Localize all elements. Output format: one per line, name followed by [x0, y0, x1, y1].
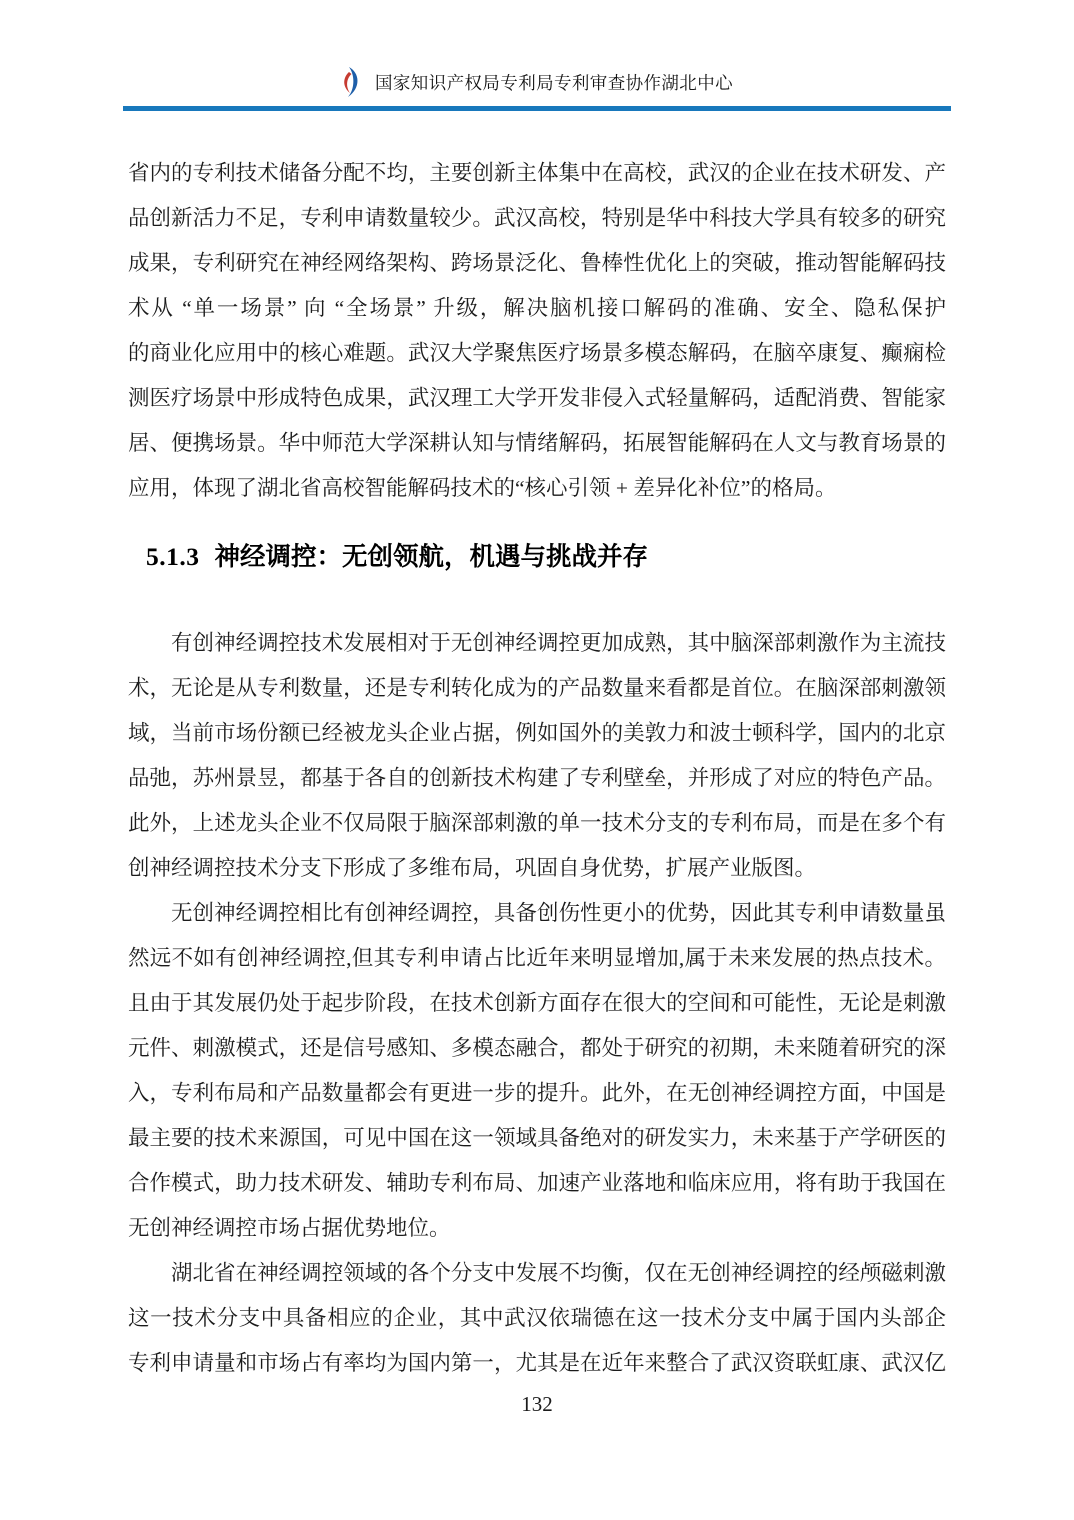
org-logo-icon: [341, 67, 363, 97]
text-line: 此外，上述龙头企业不仅局限于脑深部刺激的单一技术分支的专利布局，而是在多个有: [128, 801, 946, 846]
document-page: 国家知识产权局专利局专利审查协作湖北中心 省内的专利技术储备分配不均，主要创新主…: [0, 0, 1074, 1520]
header-rule: [123, 106, 951, 111]
page-footer: 132: [0, 1392, 1074, 1417]
section-title: 神经调控：无创领航，机遇与挑战并存: [215, 543, 649, 571]
text-line: 省内的专利技术储备分配不均，主要创新主体集中在高校，武汉的企业在技术研发、产: [128, 151, 946, 196]
text-line: 有创神经调控技术发展相对于无创神经调控更加成熟，其中脑深部刺激作为主流技: [128, 621, 946, 666]
text-line: 湖北省在神经调控领域的各个分支中发展不均衡，仅在无创神经调控的经颅磁刺激: [128, 1251, 946, 1296]
text-line: 居、便携场景。华中师范大学深耕认知与情绪解码，拓展智能解码在人文与教育场景的: [128, 421, 946, 466]
text-line: 专利申请量和市场占有率均为国内第一，尤其是在近年来整合了武汉资联虹康、武汉亿: [128, 1341, 946, 1386]
text-line: 测医疗场景中形成特色成果，武汉理工大学开发非侵入式轻量解码，适配消费、智能家: [128, 376, 946, 421]
text-line: 元件、刺激模式，还是信号感知、多模态融合，都处于研究的初期，未来随着研究的深: [128, 1026, 946, 1071]
text-line: 的商业化应用中的核心难题。武汉大学聚焦医疗场景多模态解码，在脑卒康复、癫痫检: [128, 331, 946, 376]
text-line: 且由于其发展仍处于起步阶段，在技术创新方面存在很大的空间和可能性，无论是刺激: [128, 981, 946, 1026]
text-line: 品创新活力不足，专利申请数量较少。武汉高校，特别是华中科技大学具有较多的研究: [128, 196, 946, 241]
text-line: 这一技术分支中具备相应的企业，其中武汉依瑞德在这一技术分支中属于国内头部企业，: [128, 1296, 946, 1341]
paragraph: 无创神经调控相比有创神经调控，具备创伤性更小的优势，因此其专利申请数量虽然远不如…: [128, 891, 946, 1251]
text-line: 创神经调控技术分支下形成了多维布局，巩固自身优势，扩展产业版图。: [128, 846, 946, 891]
text-line: 品弛，苏州景昱，都基于各自的创新技术构建了专利壁垒，并形成了对应的特色产品。: [128, 756, 946, 801]
text-line: 域，当前市场份额已经被龙头企业占据，例如国外的美敦力和波士顿科学，国内的北京: [128, 711, 946, 756]
text-line: 合作模式，助力技术研发、辅助专利布局、加速产业落地和临床应用，将有助于我国在: [128, 1161, 946, 1206]
text-line: 无创神经调控市场占据优势地位。: [128, 1206, 946, 1251]
text-line: 术，无论是从专利数量，还是专利转化成为的产品数量来看都是首位。在脑深部刺激领: [128, 666, 946, 711]
section-number: 5.1.3: [146, 542, 200, 571]
document-body: 省内的专利技术储备分配不均，主要创新主体集中在高校，武汉的企业在技术研发、产品创…: [128, 151, 946, 1386]
text-line: 成果，专利研究在神经网络架构、跨场景泛化、鲁棒性优化上的突破，推动智能解码技: [128, 241, 946, 286]
text-line: 然远不如有创神经调控,但其专利申请占比近年来明显增加,属于未来发展的热点技术。: [128, 936, 946, 981]
text-line: 入，专利布局和产品数量都会有更进一步的提升。此外，在无创神经调控方面，中国是: [128, 1071, 946, 1116]
text-line: 应用，体现了湖北省高校智能解码技术的“核心引领 + 差异化补位”的格局。: [128, 466, 946, 511]
header-org-name: 国家知识产权局专利局专利审查协作湖北中心: [375, 70, 733, 95]
section-heading: 5.1.3神经调控：无创领航，机遇与挑战并存: [146, 531, 946, 583]
text-line: 无创神经调控相比有创神经调控，具备创伤性更小的优势，因此其专利申请数量虽: [128, 891, 946, 936]
page-number: 132: [521, 1392, 553, 1416]
paragraph: 有创神经调控技术发展相对于无创神经调控更加成熟，其中脑深部刺激作为主流技术，无论…: [128, 621, 946, 891]
header-row: 国家知识产权局专利局专利审查协作湖北中心: [0, 64, 1074, 100]
paragraph: 省内的专利技术储备分配不均，主要创新主体集中在高校，武汉的企业在技术研发、产品创…: [128, 151, 946, 511]
text-line: 最主要的技术来源国，可见中国在这一领域具备绝对的研发实力，未来基于产学研医的: [128, 1116, 946, 1161]
text-line: 术从 “单一场景” 向 “全场景” 升级，解决脑机接口解码的准确、安全、隐私保护: [128, 286, 946, 331]
page-header: 国家知识产权局专利局专利审查协作湖北中心: [0, 0, 1074, 111]
paragraph: 湖北省在神经调控领域的各个分支中发展不均衡，仅在无创神经调控的经颅磁刺激这一技术…: [128, 1251, 946, 1386]
